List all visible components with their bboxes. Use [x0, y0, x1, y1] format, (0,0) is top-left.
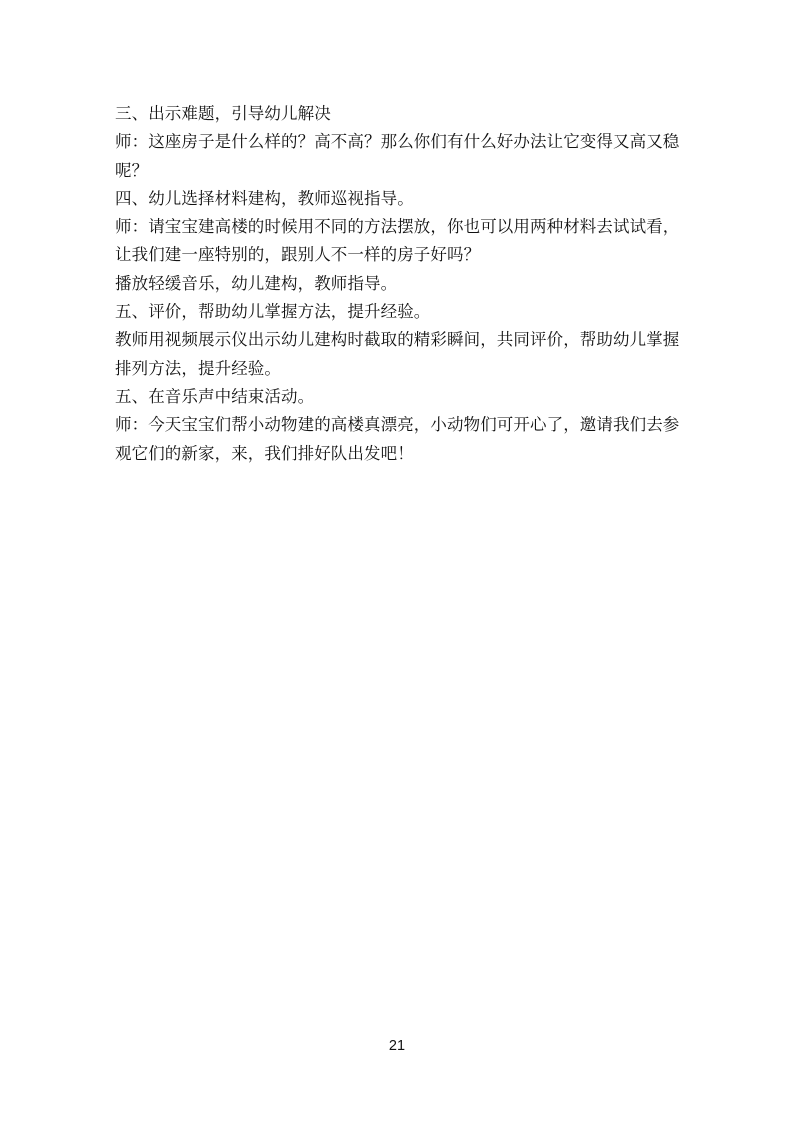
text-line: 排列方法，提升经验。 [115, 355, 681, 383]
text-line: 五、评价，帮助幼儿掌握方法，提升经验。 [115, 298, 681, 326]
document-body: 三、出示难题，引导幼儿解决 师：这座房子是什么样的？高不高？那么你们有什么好办法… [115, 100, 681, 468]
document-page: 三、出示难题，引导幼儿解决 师：这座房子是什么样的？高不高？那么你们有什么好办法… [0, 0, 794, 1123]
text-line: 播放轻缓音乐，幼儿建构，教师指导。 [115, 270, 681, 298]
text-line: 师：请宝宝建高楼的时候用不同的方法摆放，你也可以用两种材料去试试看， [115, 213, 681, 241]
text-line: 四、幼儿选择材料建构，教师巡视指导。 [115, 185, 681, 213]
text-line: 呢？ [115, 157, 681, 185]
text-line: 师：这座房子是什么样的？高不高？那么你们有什么好办法让它变得又高又稳 [115, 128, 681, 156]
text-line: 教师用视频展示仪出示幼儿建构时截取的精彩瞬间，共同评价，帮助幼儿掌握 [115, 326, 681, 354]
text-line: 五、在音乐声中结束活动。 [115, 383, 681, 411]
text-line: 让我们建一座特别的，跟别人不一样的房子好吗？ [115, 241, 681, 269]
page-number: 21 [0, 1036, 794, 1056]
text-line: 三、出示难题，引导幼儿解决 [115, 100, 681, 128]
text-line: 观它们的新家，来，我们排好队出发吧！ [115, 440, 681, 468]
text-line: 师：今天宝宝们帮小动物建的高楼真漂亮，小动物们可开心了，邀请我们去参 [115, 411, 681, 439]
